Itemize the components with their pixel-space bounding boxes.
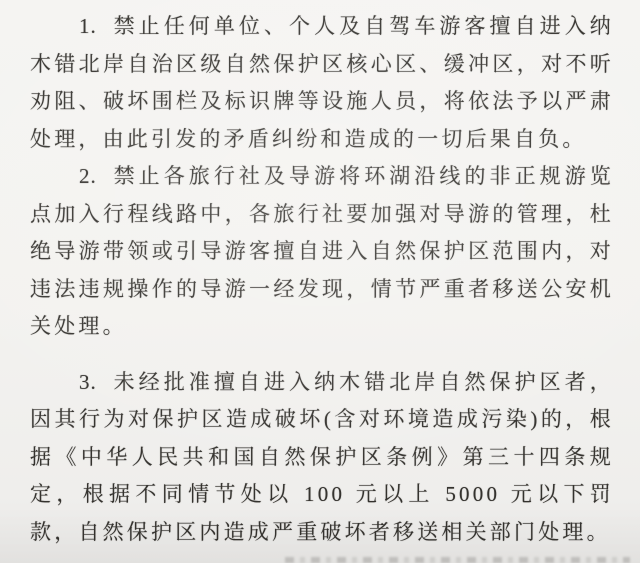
- paragraph-2: 2.禁止各旅行社及导游将环湖沿线的非正规游览点加入行程线路中，各旅行社要加强对导…: [30, 158, 614, 346]
- cropped-next-line-fragment: [285, 557, 630, 563]
- paragraph-2-text: 禁止各旅行社及导游将环湖沿线的非正规游览点加入行程线路中，各旅行社要加强对导游的…: [30, 164, 614, 338]
- paragraph-3-number: 3.: [79, 370, 97, 394]
- paragraph-1: 1.禁止任何单位、个人及自驾车游客擅自进入纳木错北岸自治区级自然保护区核心区、缓…: [30, 8, 614, 158]
- paragraph-3: 3.未经批准擅自进入纳木错北岸自然保护区者，因其行为对保护区造成破坏(含对环境造…: [30, 364, 614, 552]
- paragraph-1-text: 禁止任何单位、个人及自驾车游客擅自进入纳木错北岸自治区级自然保护区核心区、缓冲区…: [30, 14, 614, 151]
- paragraph-1-number: 1.: [79, 14, 97, 38]
- paragraph-2-number: 2.: [79, 164, 97, 188]
- document-page: 1.禁止任何单位、个人及自驾车游客擅自进入纳木错北岸自治区级自然保护区核心区、缓…: [0, 0, 640, 563]
- paragraph-3-text: 未经批准擅自进入纳木错北岸自然保护区者，因其行为对保护区造成破坏(含对环境造成污…: [30, 370, 614, 544]
